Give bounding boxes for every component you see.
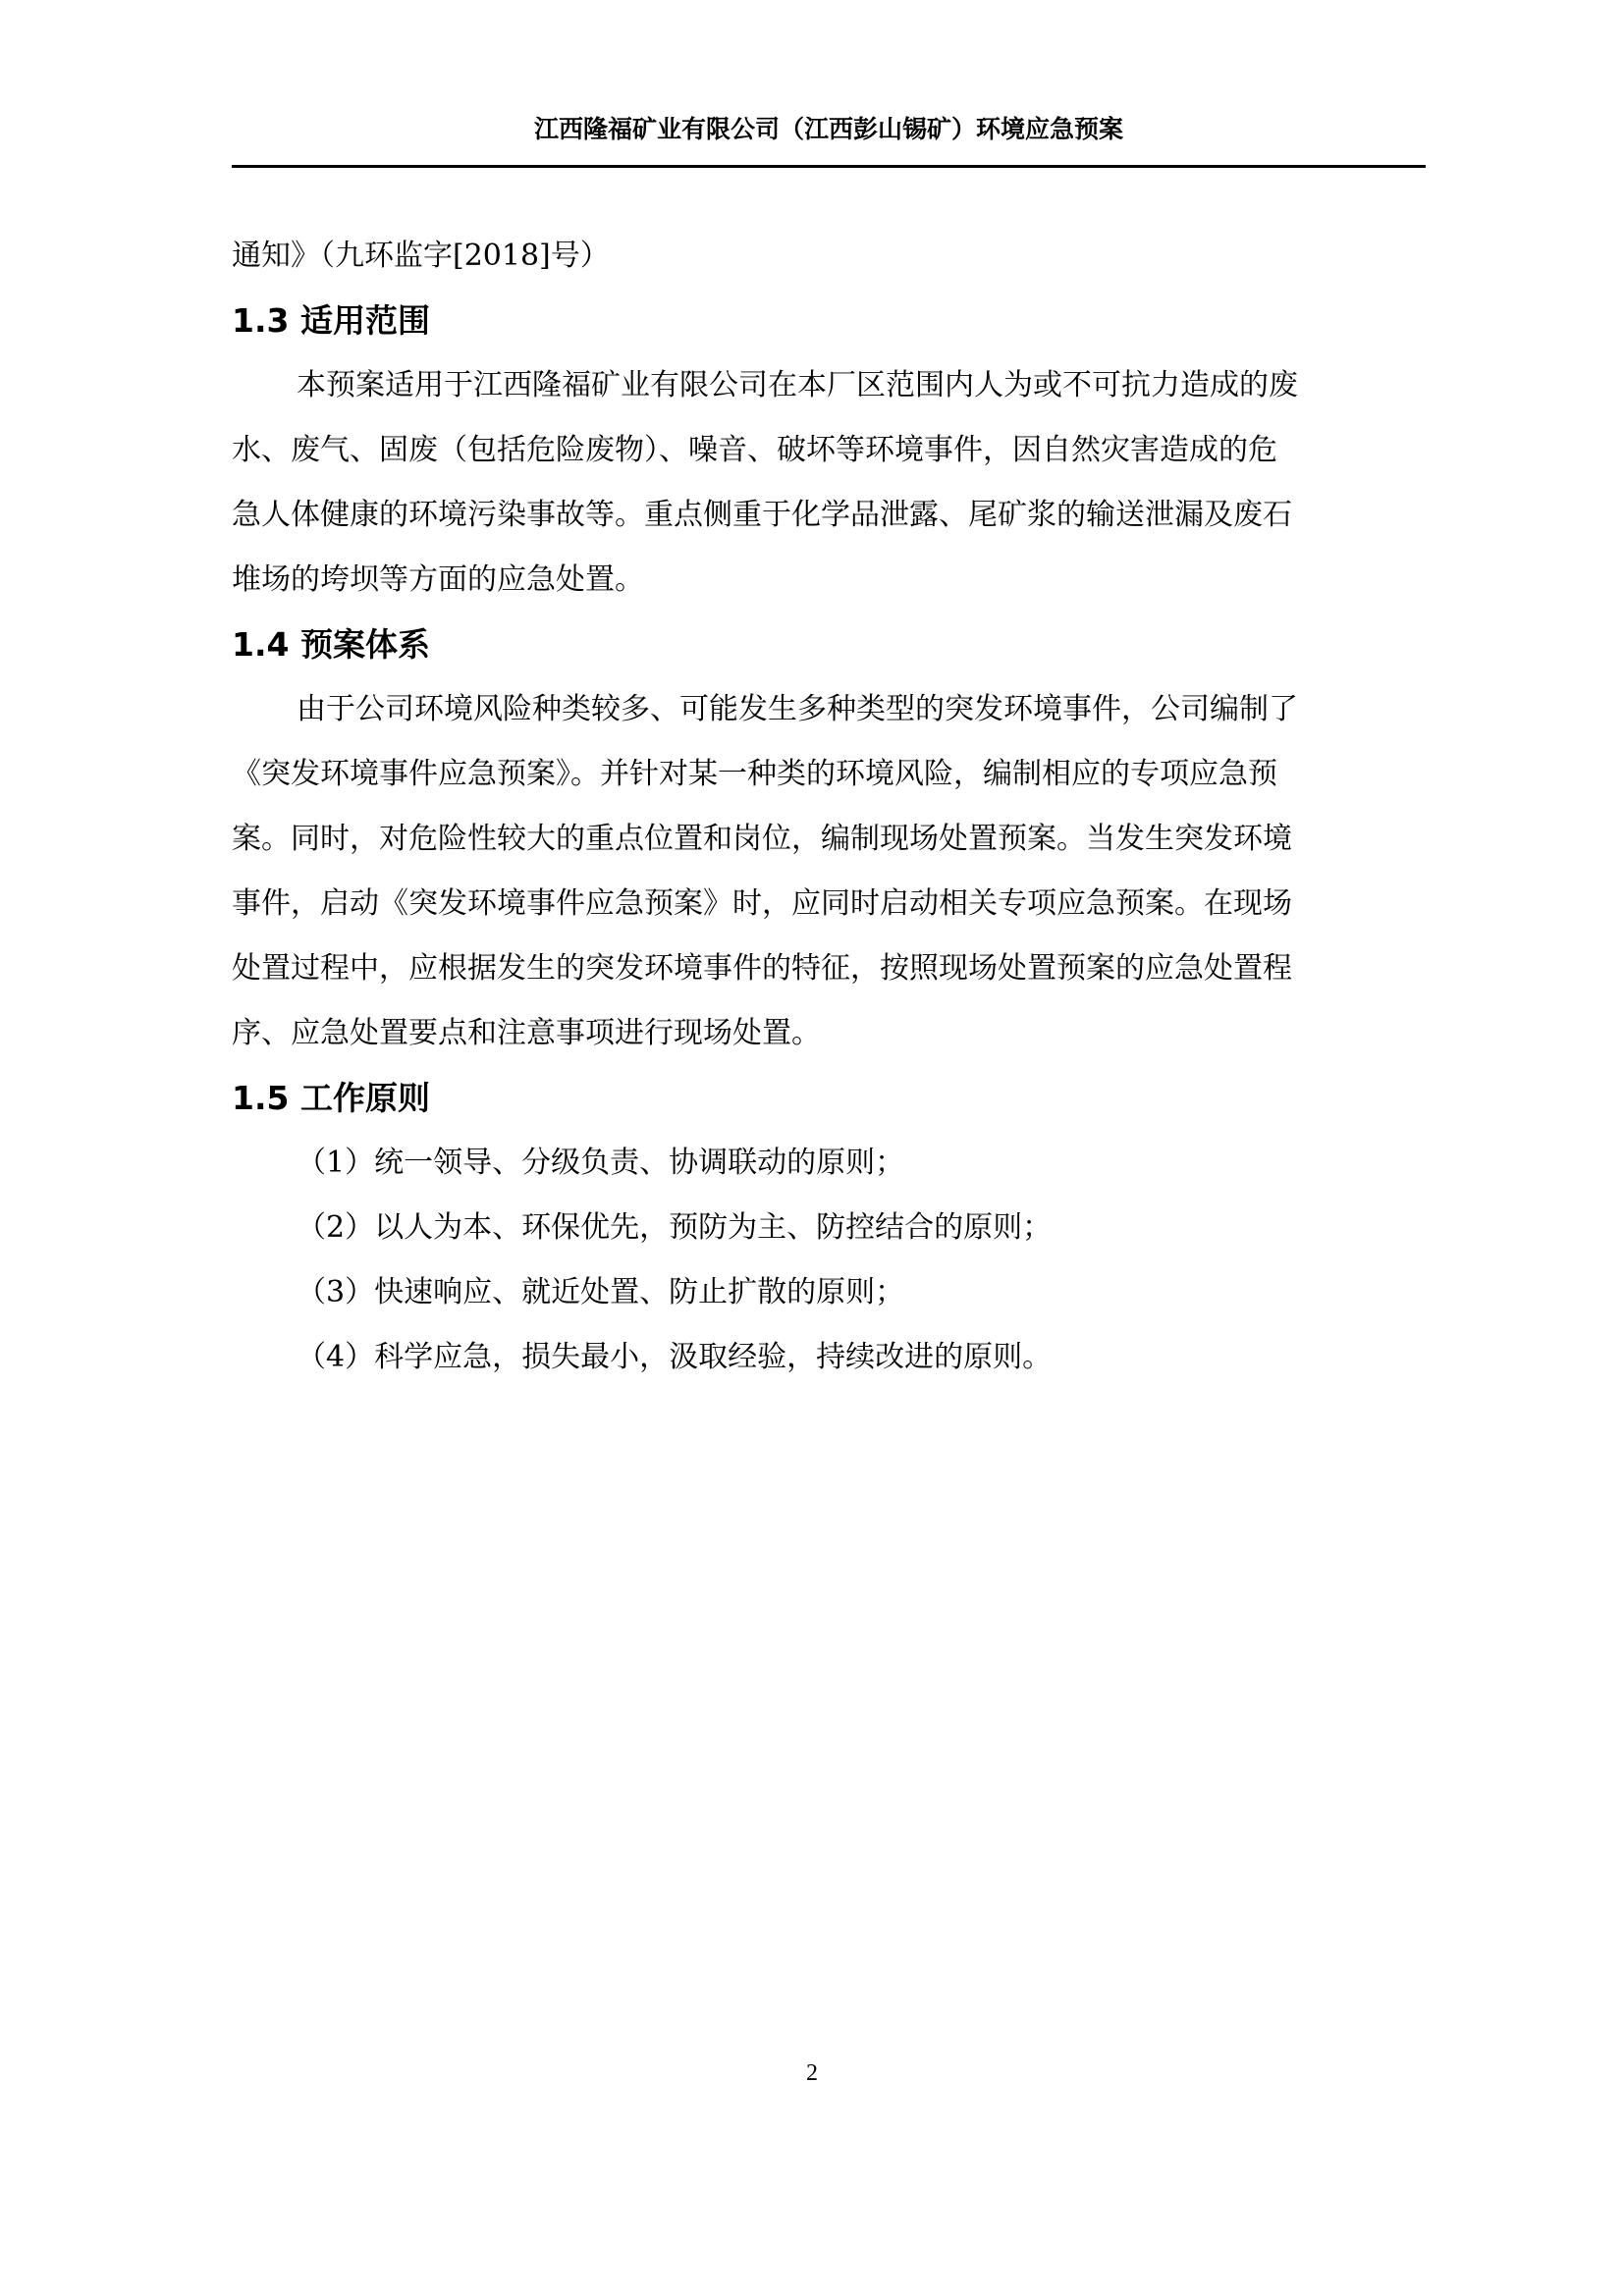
document-page: 江西隆福矿业有限公司（江西彭山锡矿）环境应急预案 通知》（九环监字[2018]号… [0, 0, 1624, 2296]
principle-list-item: （2）以人为本、环保优先，预防为主、防控结合的原则； [232, 1196, 1430, 1260]
paragraph-line: 事件，启动《突发环境事件应急预案》时，应同时启动相关专项应急预案。在现场 [232, 872, 1430, 936]
header-rule [232, 165, 1426, 168]
continuation-line: 通知》（九环监字[2018]号） [232, 224, 1430, 289]
paragraph-line: 水、废气、固废（包括危险废物）、噪音、破坏等环境事件，因自然灾害造成的危 [232, 418, 1430, 483]
page-number: 2 [0, 2059, 1624, 2087]
principle-list-item: （4）科学应急，损失最小，汲取经验，持续改进的原则。 [232, 1325, 1430, 1390]
section-heading-1-5: 1.5 工作原则 [232, 1066, 1430, 1131]
paragraph-line: 本预案适用于江西隆福矿业有限公司在本厂区范围内人为或不可抗力造成的废 [232, 353, 1430, 418]
paragraph-line: 急人体健康的环境污染事故等。重点侧重于化学品泄露、尾矿浆的输送泄漏及废石 [232, 483, 1430, 548]
page-content: 通知》（九环监字[2018]号） 1.3 适用范围 本预案适用于江西隆福矿业有限… [232, 224, 1430, 1390]
paragraph-line: 由于公司环境风险种类较多、可能发生多种类型的突发环境事件，公司编制了 [232, 677, 1430, 742]
principle-list-item: （3）快速响应、就近处置、防止扩散的原则； [232, 1260, 1430, 1325]
paragraph-line: 序、应急处置要点和注意事项进行现场处置。 [232, 1001, 1430, 1066]
running-header-title: 江西隆福矿业有限公司（江西彭山锡矿）环境应急预案 [232, 115, 1426, 144]
principle-list-item: （1）统一领导、分级负责、协调联动的原则； [232, 1131, 1430, 1196]
section-heading-1-3: 1.3 适用范围 [232, 289, 1430, 353]
paragraph-line: 《突发环境事件应急预案》。并针对某一种类的环境风险，编制相应的专项应急预 [232, 742, 1430, 807]
paragraph-line: 堆场的垮坝等方面的应急处置。 [232, 548, 1430, 613]
section-heading-1-4: 1.4 预案体系 [232, 613, 1430, 677]
paragraph-line: 处置过程中，应根据发生的突发环境事件的特征，按照现场处置预案的应急处置程 [232, 936, 1430, 1001]
paragraph-line: 案。同时，对危险性较大的重点位置和岗位，编制现场处置预案。当发生突发环境 [232, 807, 1430, 872]
